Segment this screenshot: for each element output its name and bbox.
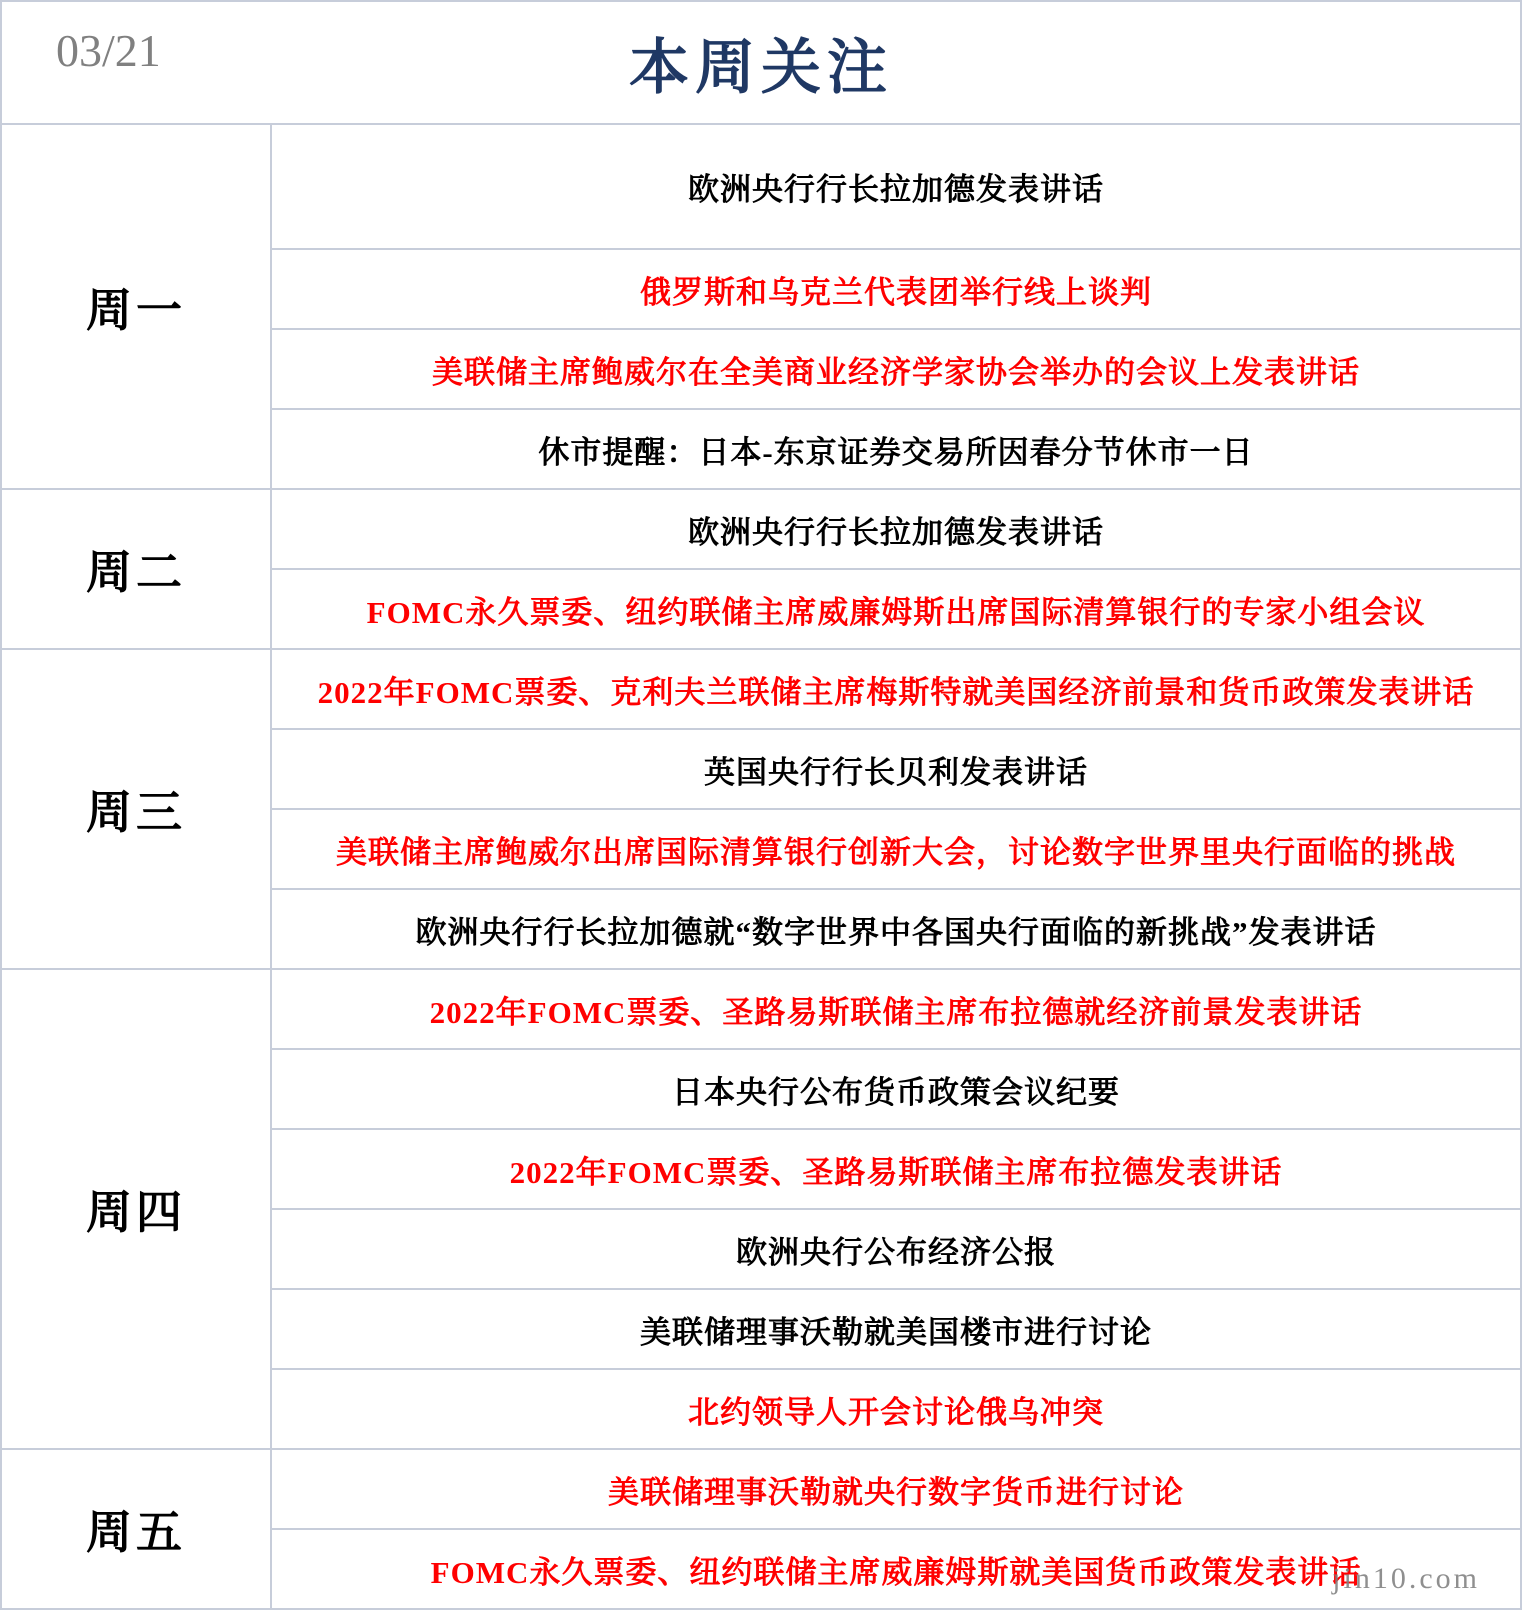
- event-text: FOMC永久票委、纽约联储主席威廉姆斯出席国际清算银行的专家小组会议: [367, 587, 1426, 632]
- event-text: 北约领导人开会讨论俄乌冲突: [688, 1387, 1104, 1432]
- event-text: 美联储理事沃勒就央行数字货币进行讨论: [608, 1467, 1184, 1512]
- page-title: 本周关注: [629, 20, 893, 106]
- event-list: 2022年FOMC票委、克利夫兰联储主席梅斯特就美国经济前景和货币政策发表讲话 …: [272, 650, 1520, 968]
- event-text: 俄罗斯和乌克兰代表团举行线上谈判: [640, 267, 1152, 312]
- event-row: 美联储理事沃勒就央行数字货币进行讨论: [272, 1450, 1520, 1528]
- event-text: 美联储理事沃勒就美国楼市进行讨论: [640, 1307, 1152, 1352]
- event-row: 日本央行公布货币政策会议纪要: [272, 1048, 1520, 1128]
- date-label: 03/21: [56, 24, 161, 77]
- event-text: 日本央行公布货币政策会议纪要: [672, 1067, 1120, 1112]
- day-cell: 周四: [2, 970, 272, 1448]
- day-cell: 周一: [2, 125, 272, 488]
- event-text: 2022年FOMC票委、克利夫兰联储主席梅斯特就美国经济前景和货币政策发表讲话: [318, 667, 1475, 712]
- event-row: 英国央行行长贝利发表讲话: [272, 728, 1520, 808]
- event-list: 欧洲央行行长拉加德发表讲话 俄罗斯和乌克兰代表团举行线上谈判 美联储主席鲍威尔在…: [272, 125, 1520, 488]
- weekly-focus-table: 03/21 本周关注 周一 欧洲央行行长拉加德发表讲话 俄罗斯和乌克兰代表团举行…: [0, 0, 1522, 1610]
- event-text: 美联储主席鲍威尔出席国际清算银行创新大会，讨论数字世界里央行面临的挑战: [336, 827, 1456, 872]
- day-section-5: 周五 美联储理事沃勒就央行数字货币进行讨论 FOMC永久票委、纽约联储主席威廉姆…: [2, 1448, 1520, 1608]
- event-text: 英国央行行长贝利发表讲话: [704, 747, 1088, 792]
- day-cell: 周二: [2, 490, 272, 648]
- event-row: 2022年FOMC票委、圣路易斯联储主席布拉德就经济前景发表讲话: [272, 970, 1520, 1048]
- event-text: 2022年FOMC票委、圣路易斯联储主席布拉德就经济前景发表讲话: [430, 987, 1363, 1032]
- event-row: 欧洲央行行长拉加德发表讲话: [272, 490, 1520, 568]
- day-cell: 周五: [2, 1450, 272, 1608]
- event-row: FOMC永久票委、纽约联储主席威廉姆斯就美国货币政策发表讲话: [272, 1528, 1520, 1608]
- event-row: 2022年FOMC票委、克利夫兰联储主席梅斯特就美国经济前景和货币政策发表讲话: [272, 650, 1520, 728]
- event-text: 2022年FOMC票委、圣路易斯联储主席布拉德发表讲话: [510, 1147, 1283, 1192]
- event-row: 欧洲央行行长拉加德就“数字世界中各国央行面临的新挑战”发表讲话: [272, 888, 1520, 968]
- event-list: 美联储理事沃勒就央行数字货币进行讨论 FOMC永久票委、纽约联储主席威廉姆斯就美…: [272, 1450, 1520, 1608]
- day-label: 周四: [86, 1176, 186, 1242]
- day-label: 周一: [86, 274, 186, 340]
- event-row: 美联储理事沃勒就美国楼市进行讨论: [272, 1288, 1520, 1368]
- day-label: 周二: [86, 536, 186, 602]
- event-text: 欧洲央行行长拉加德发表讲话: [688, 164, 1104, 209]
- event-row: 欧洲央行公布经济公报: [272, 1208, 1520, 1288]
- event-list: 欧洲央行行长拉加德发表讲话 FOMC永久票委、纽约联储主席威廉姆斯出席国际清算银…: [272, 490, 1520, 648]
- event-text: 欧洲央行公布经济公报: [736, 1227, 1056, 1272]
- event-row: 欧洲央行行长拉加德发表讲话: [272, 125, 1520, 248]
- event-text: 美联储主席鲍威尔在全美商业经济学家协会举办的会议上发表讲话: [432, 347, 1360, 392]
- schedule-body: 周一 欧洲央行行长拉加德发表讲话 俄罗斯和乌克兰代表团举行线上谈判 美联储主席鲍…: [2, 125, 1520, 1608]
- event-row: 北约领导人开会讨论俄乌冲突: [272, 1368, 1520, 1448]
- event-text: FOMC永久票委、纽约联储主席威廉姆斯就美国货币政策发表讲话: [431, 1547, 1362, 1592]
- day-label: 周五: [86, 1496, 186, 1562]
- event-row: 美联储主席鲍威尔出席国际清算银行创新大会，讨论数字世界里央行面临的挑战: [272, 808, 1520, 888]
- event-row: 2022年FOMC票委、圣路易斯联储主席布拉德发表讲话: [272, 1128, 1520, 1208]
- event-row: 休市提醒：日本-东京证券交易所因春分节休市一日: [272, 408, 1520, 488]
- event-row: 美联储主席鲍威尔在全美商业经济学家协会举办的会议上发表讲话: [272, 328, 1520, 408]
- event-text: 欧洲央行行长拉加德就“数字世界中各国央行面临的新挑战”发表讲话: [416, 907, 1377, 952]
- event-row: 俄罗斯和乌克兰代表团举行线上谈判: [272, 248, 1520, 328]
- table-header: 03/21 本周关注: [2, 2, 1520, 125]
- event-row: FOMC永久票委、纽约联储主席威廉姆斯出席国际清算银行的专家小组会议: [272, 568, 1520, 648]
- day-cell: 周三: [2, 650, 272, 968]
- day-section-4: 周四 2022年FOMC票委、圣路易斯联储主席布拉德就经济前景发表讲话 日本央行…: [2, 968, 1520, 1448]
- day-section-3: 周三 2022年FOMC票委、克利夫兰联储主席梅斯特就美国经济前景和货币政策发表…: [2, 648, 1520, 968]
- event-text: 休市提醒：日本-东京证券交易所因春分节休市一日: [538, 427, 1253, 472]
- day-section-2: 周二 欧洲央行行长拉加德发表讲话 FOMC永久票委、纽约联储主席威廉姆斯出席国际…: [2, 488, 1520, 648]
- day-section-1: 周一 欧洲央行行长拉加德发表讲话 俄罗斯和乌克兰代表团举行线上谈判 美联储主席鲍…: [2, 125, 1520, 488]
- event-list: 2022年FOMC票委、圣路易斯联储主席布拉德就经济前景发表讲话 日本央行公布货…: [272, 970, 1520, 1448]
- day-label: 周三: [86, 776, 186, 842]
- event-text: 欧洲央行行长拉加德发表讲话: [688, 507, 1104, 552]
